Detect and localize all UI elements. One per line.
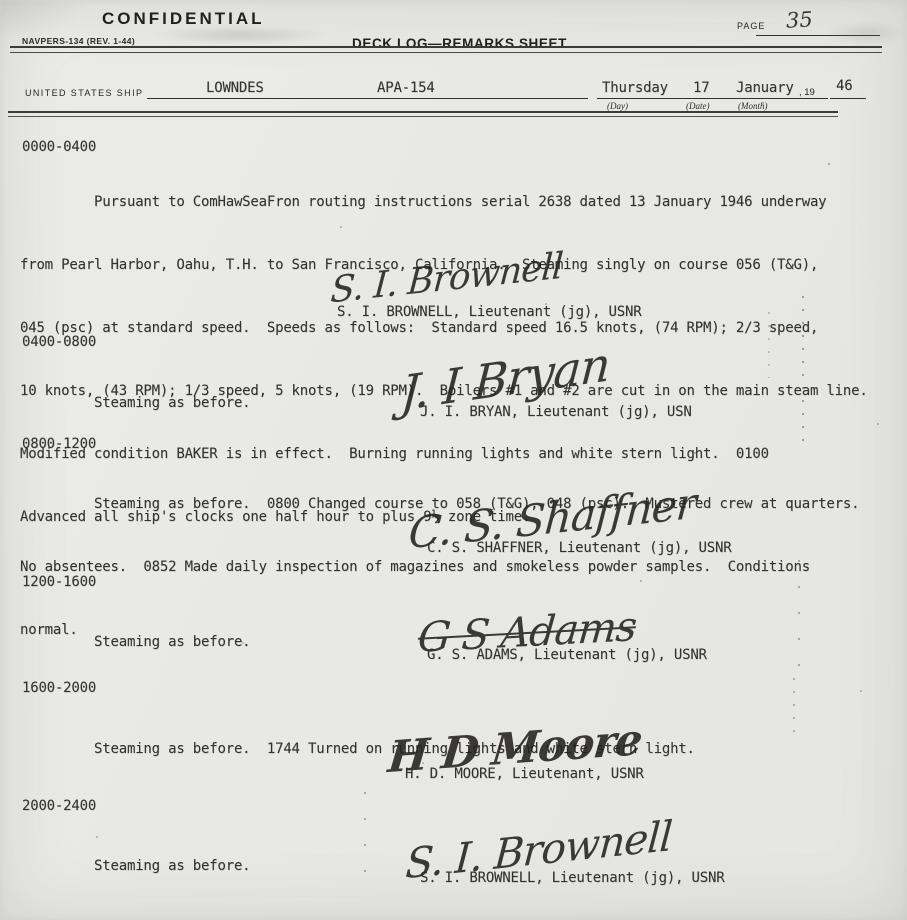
- remarks-line: Pursuant to ComHawSeaFron routing instru…: [20, 192, 906, 213]
- page-number-handwritten: 35: [785, 7, 813, 32]
- page-label: PAGE: [737, 21, 765, 31]
- classification-stamp: CONFIDENTIAL: [102, 9, 265, 29]
- log-month: January: [736, 78, 794, 99]
- typed-signature: J. I. BRYAN, Lieutenant (jg), USN: [420, 402, 692, 423]
- page-number-rule: [756, 35, 880, 36]
- perforation-dots: [793, 678, 795, 740]
- typed-signature: S. I. BROWNELL, Lieutenant (jg), USNR: [337, 302, 641, 323]
- day-caption: (Day): [607, 101, 628, 111]
- perforation-dots: [802, 296, 804, 446]
- year-prefix: , 19: [799, 87, 815, 98]
- year-rule: [830, 98, 866, 99]
- month-caption: (Month): [738, 101, 768, 111]
- ship-label: UNITED STATES SHIP: [25, 88, 143, 98]
- perforation-dots: [768, 312, 770, 378]
- entry-time-range: 0400-0800: [22, 332, 96, 353]
- scan-stain: [826, 22, 906, 44]
- typed-signature: G. S. ADAMS, Lieutenant (jg), USNR: [427, 645, 707, 666]
- scan-stain: [0, 0, 90, 40]
- remarks-line: No absentees. 0852 Made daily inspection…: [20, 557, 906, 578]
- header-rule: [10, 46, 882, 53]
- perforation-dots: [798, 560, 800, 675]
- hull-number: APA-154: [377, 78, 435, 99]
- subheader-rule: [8, 111, 838, 117]
- log-year: 46: [836, 76, 852, 97]
- typed-signature: H. D. MOORE, Lieutenant, USNR: [405, 764, 644, 785]
- date-caption: (Date): [686, 101, 710, 111]
- typed-signature: C. S. SHAFFNER, Lieutenant (jg), USNR: [427, 538, 731, 559]
- scan-specks: [0, 0, 2, 2]
- log-day: Thursday: [602, 78, 668, 99]
- log-date: 17: [693, 78, 709, 99]
- entry-time-range: 1600-2000: [22, 678, 96, 699]
- deck-log-remarks-sheet: CONFIDENTIAL PAGE 35 NAVPERS-134 (REV. 1…: [0, 0, 907, 920]
- form-number: NAVPERS-134 (REV. 1-44): [22, 36, 135, 46]
- perforation-dots: [364, 792, 366, 892]
- typed-signature: S. I. BROWNELL, Lieutenant (jg), USNR: [420, 868, 724, 889]
- ship-name: LOWNDES: [206, 78, 264, 99]
